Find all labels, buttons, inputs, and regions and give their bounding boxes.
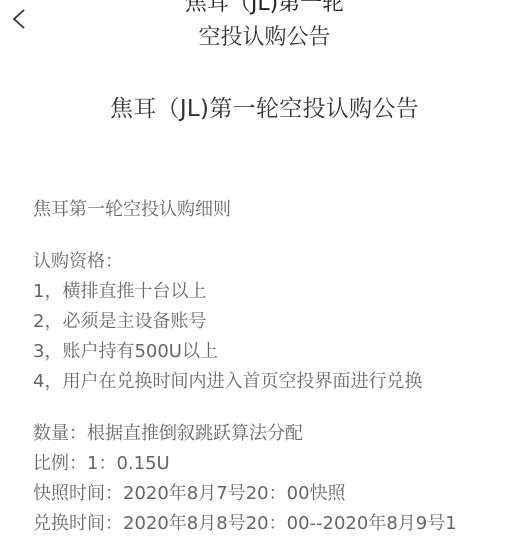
qualification-item: 2，必须是主设备账号 — [33, 307, 519, 337]
nav-bar: 焦耳（JL)第一轮 空投认购公告 — [0, 0, 529, 60]
qualification-item: 4，用户在兑换时间内进入首页空投界面进行兑换 — [33, 367, 519, 397]
qualification-header: 认购资格： — [33, 247, 519, 277]
qualification-item: 3，账户持有500U以上 — [33, 337, 519, 367]
nav-title-line2: 空投认购公告 — [0, 20, 529, 51]
nav-title-line1: 焦耳（JL)第一轮 — [0, 0, 529, 17]
article-subtitle: 焦耳第一轮空投认购细则 — [33, 195, 519, 225]
article-body: 焦耳第一轮空投认购细则 认购资格： 1，横排直推十台以上 2，必须是主设备账号 … — [33, 195, 519, 539]
qualification-item: 1，横排直推十台以上 — [33, 277, 519, 307]
detail-exchange-time: 兑换时间：2020年8月8号20：00--2020年8月9号1 — [33, 509, 519, 539]
detail-snapshot-time: 快照时间：2020年8月7号20：00快照 — [33, 479, 519, 509]
article-title: 焦耳（JL)第一轮空投认购公告 — [0, 90, 529, 123]
detail-quantity: 数量：根据直推倒叙跳跃算法分配 — [33, 419, 519, 449]
detail-ratio: 比例：1：0.15U — [33, 449, 519, 479]
